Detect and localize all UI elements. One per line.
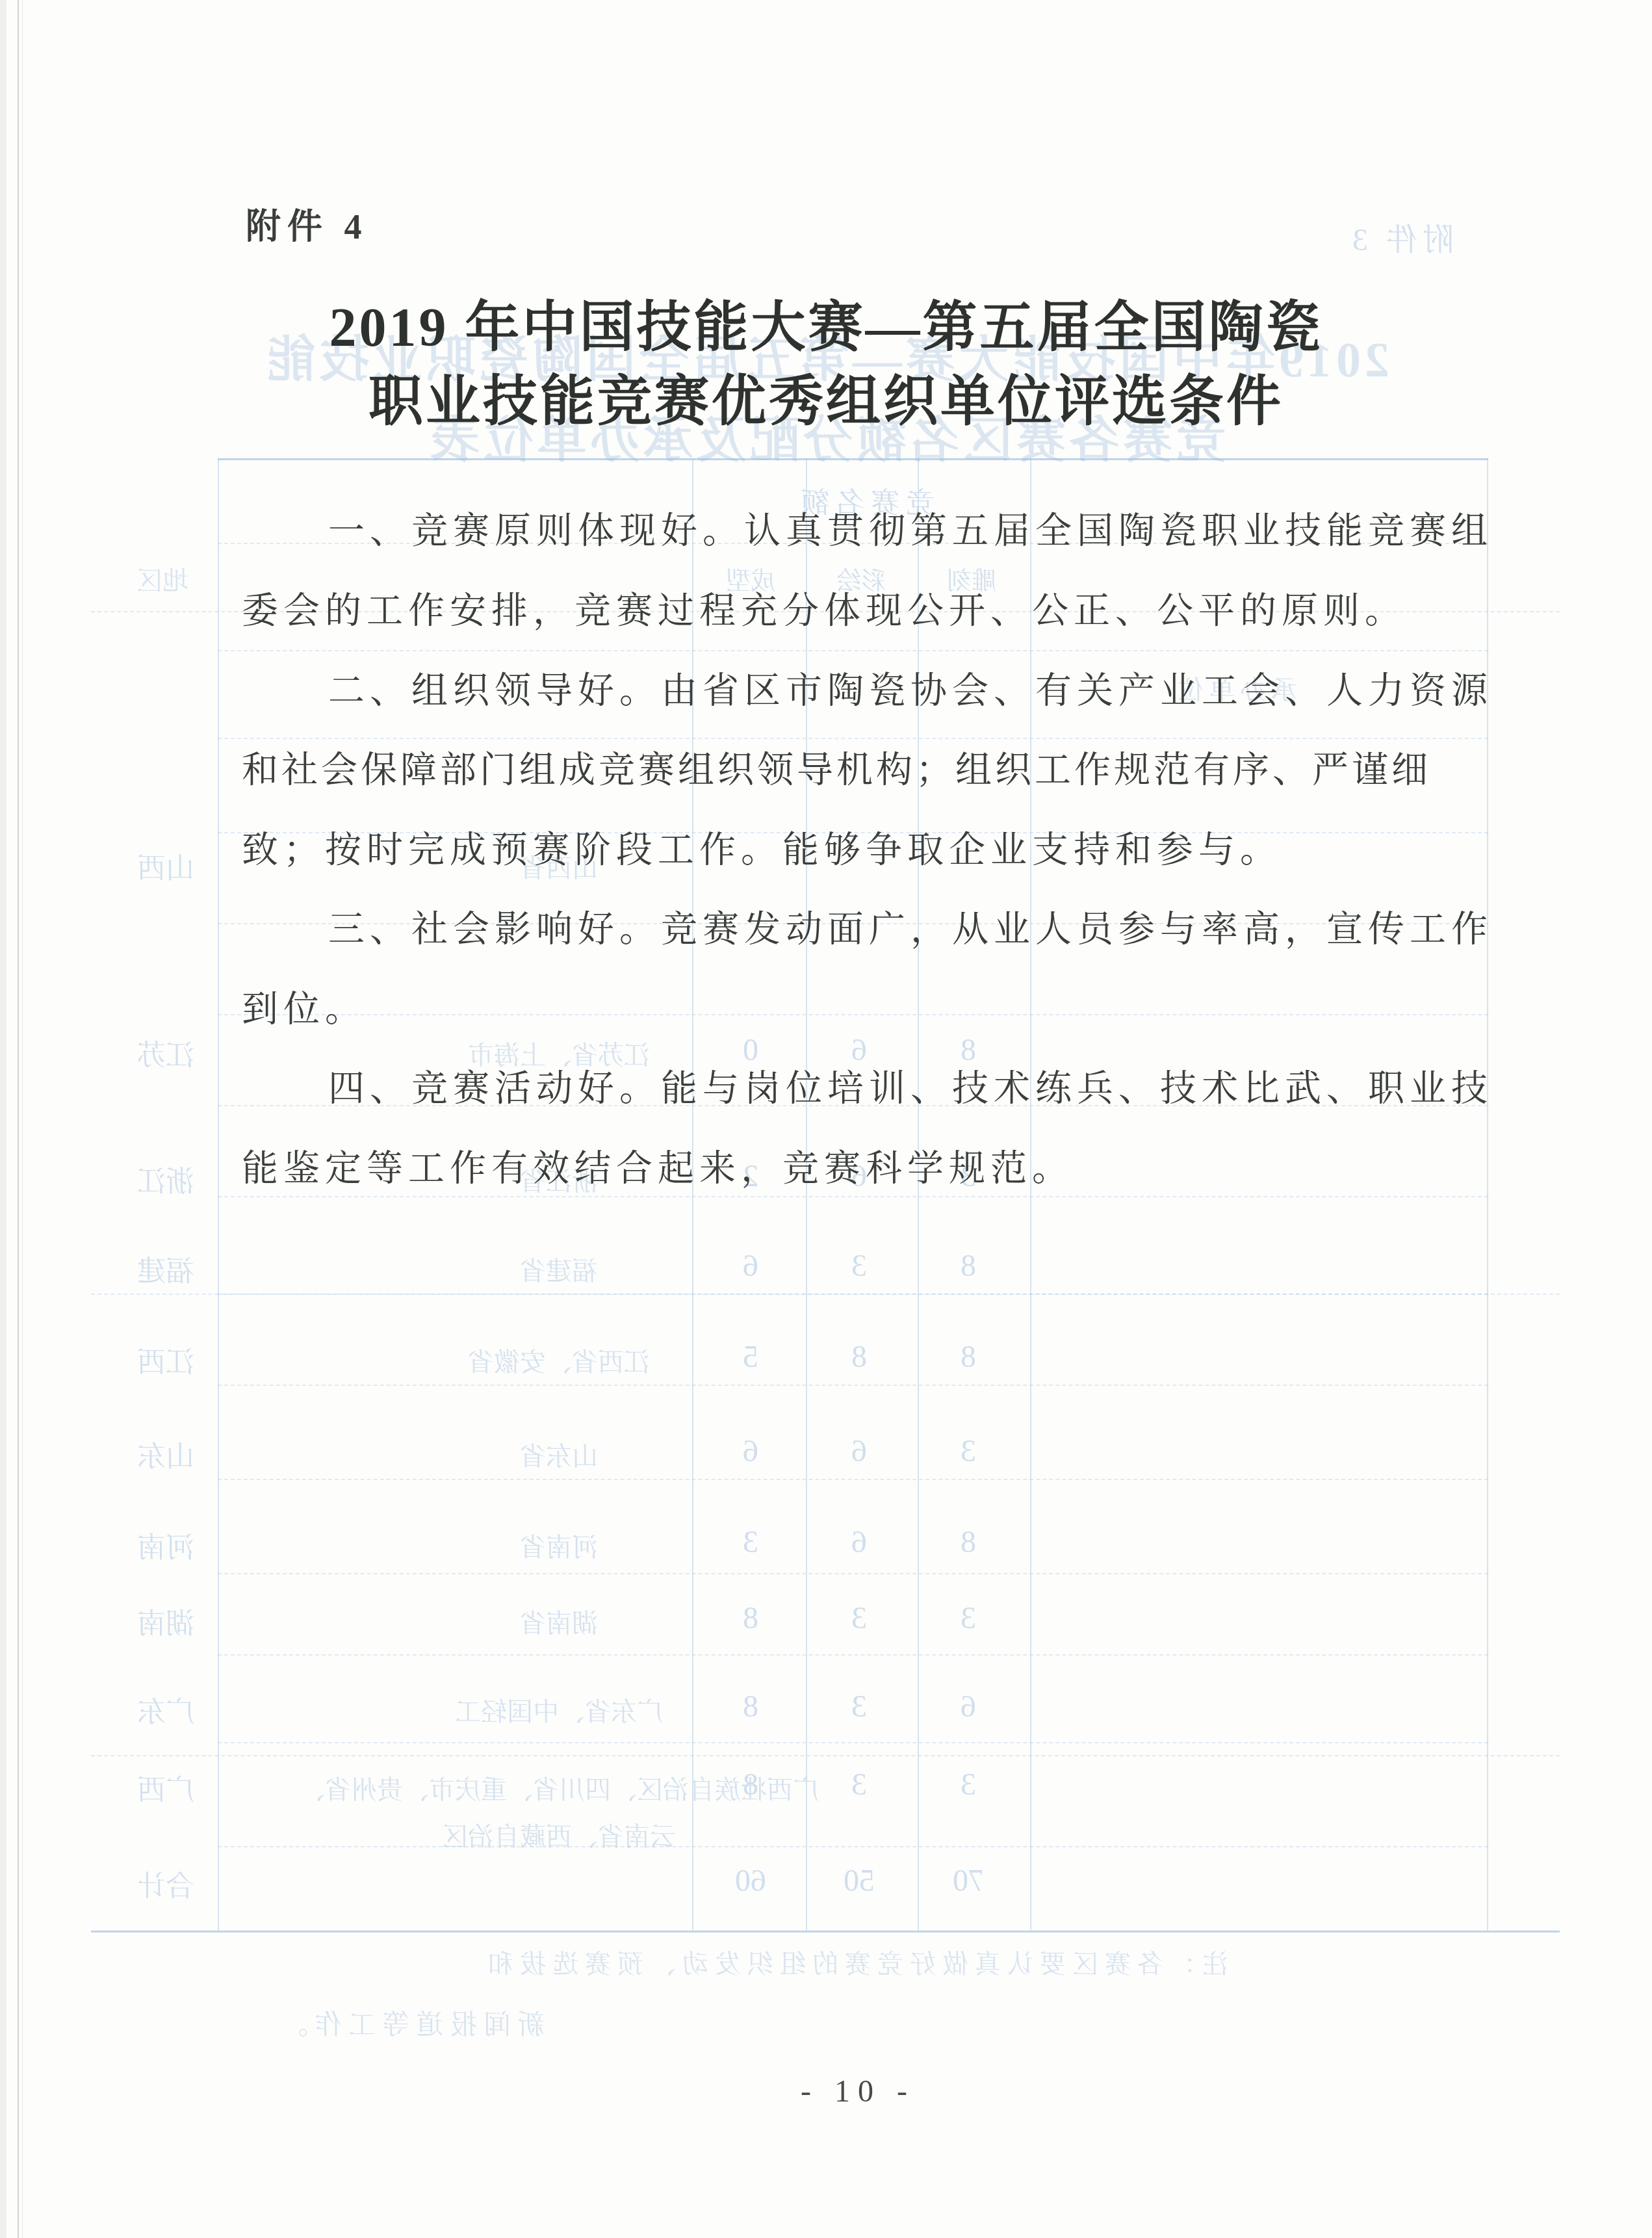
document-title-line1: 2019 年中国技能大赛—第五届全国陶瓷 <box>0 283 1652 362</box>
scanned-document-page: 附件 3 2019年中国技能大赛—第五届全国陶瓷职业技能 竞赛各赛区名额分配及承… <box>0 0 1652 2238</box>
page-number: - 10 - <box>702 2074 1014 2109</box>
body-line: 和社会保障部门组成竞赛组织领导机构；组织工作规范有序、严谨细 <box>242 741 1431 793</box>
document-ink-layer: 附件 4 2019 年中国技能大赛—第五届全国陶瓷 职业技能竞赛优秀组织单位评选… <box>0 0 1652 2238</box>
body-line: 三、社会影响好。竞赛发动面广，从业人员参与率高，宣传工作 <box>328 900 1493 952</box>
body-line: 到位。 <box>242 980 367 1032</box>
document-title-line2: 职业技能竞赛优秀组织单位评选条件 <box>0 358 1652 436</box>
attachment-label: 附件 4 <box>246 199 368 249</box>
body-line: 四、竞赛活动好。能与岗位培训、技术练兵、技术比武、职业技 <box>328 1060 1493 1112</box>
body-line: 委会的工作安排，竞赛过程充分体现公开、公正、公平的原则。 <box>242 582 1406 634</box>
body-line: 二、组织领导好。由省区市陶瓷协会、有关产业工会、人力资源 <box>328 662 1493 714</box>
body-line: 一、竞赛原则体现好。认真贯彻第五届全国陶瓷职业技能竞赛组 <box>328 502 1493 554</box>
body-line: 能鉴定等工作有效结合起来，竞赛科学规范。 <box>242 1139 1074 1191</box>
body-line: 致；按时完成预赛阶段工作。能够争取企业支持和参与。 <box>242 821 1282 873</box>
